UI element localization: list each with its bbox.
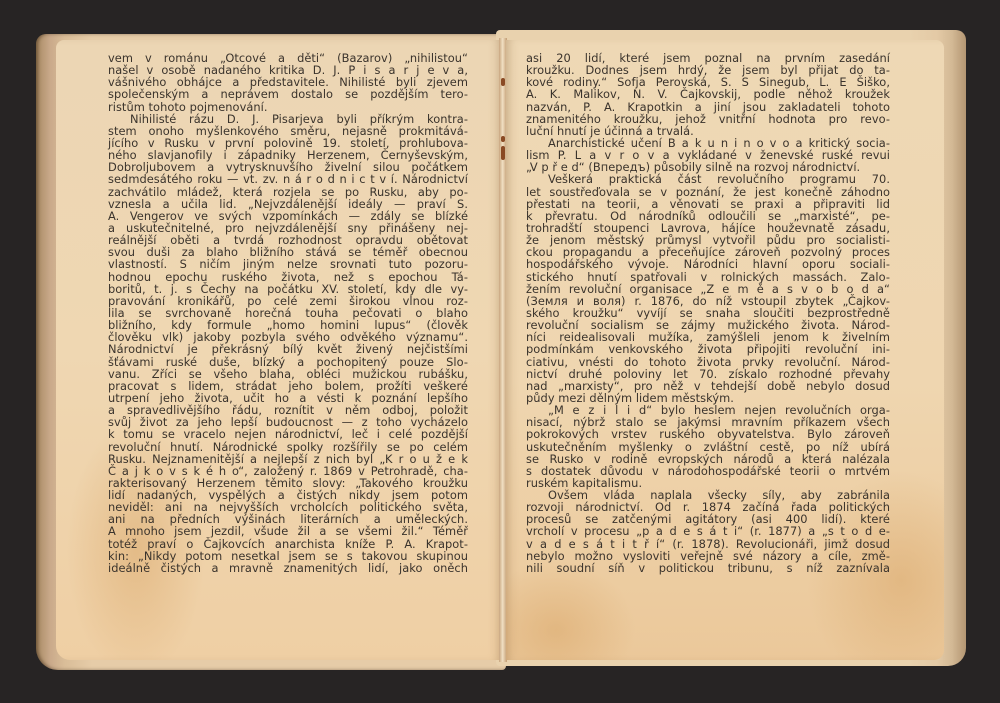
text-line: nazván, P. A. Krapotkin a jiní jsou zakl… [526, 101, 890, 113]
text-line: v a d e s á t i t ř í“ (r. 1878). Revolu… [526, 538, 890, 550]
text-line: A. K. Malikov, N. V. Čajkovskij, podle n… [526, 88, 890, 100]
text-line: zachvátilo mládež, která rozjela se po R… [108, 186, 468, 198]
text-line: sedmdesátého roku — vt. zv. n á r o d n … [108, 173, 468, 185]
binding-stitch [501, 136, 505, 142]
right-page: asi 20 lidí, které jsem poznal na prvním… [506, 40, 944, 660]
text-line: žením revoluční organisace „Z e m ě a s … [526, 283, 890, 295]
binding-stitch [501, 78, 505, 86]
text-line: ciativu, vnésti do tohoto života prvky r… [526, 356, 890, 368]
text-line: společenským a neprávem dostalo se pozdě… [108, 88, 468, 100]
text-line: k tomu se vracelo nejen národnictví, leč… [108, 428, 468, 440]
text-line: revoluční hnutí. Národnické spolky rozší… [108, 441, 468, 453]
text-line: A mnoho jsem jezdil, všude žil a se všem… [108, 525, 468, 537]
text-line: šťávami ruské duše, blízký a pochopitený… [108, 356, 468, 368]
text-line: ideálně čistých a mravně znamenitých lid… [108, 562, 468, 574]
left-page-text: vem v románu „Otcové a děti“ (Bazarov) „… [108, 52, 468, 574]
left-page: vem v románu „Otcové a děti“ (Bazarov) „… [56, 40, 501, 660]
text-line: přestati na teorii, a věnovati se praxi … [526, 198, 890, 210]
text-line: totéž praví o Čajkovcích anarchista kníž… [108, 538, 468, 550]
text-line: ristům tohoto pojmenování. [108, 101, 468, 113]
text-line: Národnictví je překrásný bílý květ živen… [108, 343, 468, 355]
text-line: vznesla a učila lid. „Nejvzdálenější ide… [108, 198, 468, 210]
paper-stain [506, 560, 636, 660]
text-line: hodnou epochu ruského života, než s epoc… [108, 271, 468, 283]
right-page-text: asi 20 lidí, které jsem poznal na prvním… [526, 52, 890, 574]
text-line: Rusku. Nejznamenitější a nejlepší z nich… [108, 453, 468, 465]
text-line: vlastností. S ničím jiným nelze srovnati… [108, 258, 468, 270]
text-line: vrcholí v procesu „p a d e s á t i“ (r. … [526, 525, 890, 537]
text-line: pokrokových vrstev ruského obyvatelstva.… [526, 428, 890, 440]
binding-stitch [501, 146, 505, 160]
text-line: podmínkám venkovského života připojiti r… [526, 343, 890, 355]
text-line: vanu. Zříci se všeho blaha, obléci mužic… [108, 368, 468, 380]
text-line: nili soudní síň v politickou tribunu, s … [526, 562, 890, 574]
text-line: let soustřeďovala se v poznání, že jest … [526, 186, 890, 198]
text-line: uskutečněním myšlenky o zvláštní cestě, … [526, 441, 890, 453]
text-line: se Rusko v rodině evropských národů a kt… [526, 453, 890, 465]
text-line: hospodářského vývoje. Národníci hlavní o… [526, 258, 890, 270]
text-line: boritů, t. j. s Čechy na počátku XV. sto… [108, 283, 468, 295]
open-book: vem v románu „Otcové a děti“ (Bazarov) „… [36, 30, 966, 672]
text-line: stického hnutí spatřovali v rolnických m… [526, 271, 890, 283]
text-line: nictví druhé poloviny let 70. získalo ro… [526, 368, 890, 380]
text-line: Veškerá praktická část revolučního progr… [526, 173, 890, 185]
